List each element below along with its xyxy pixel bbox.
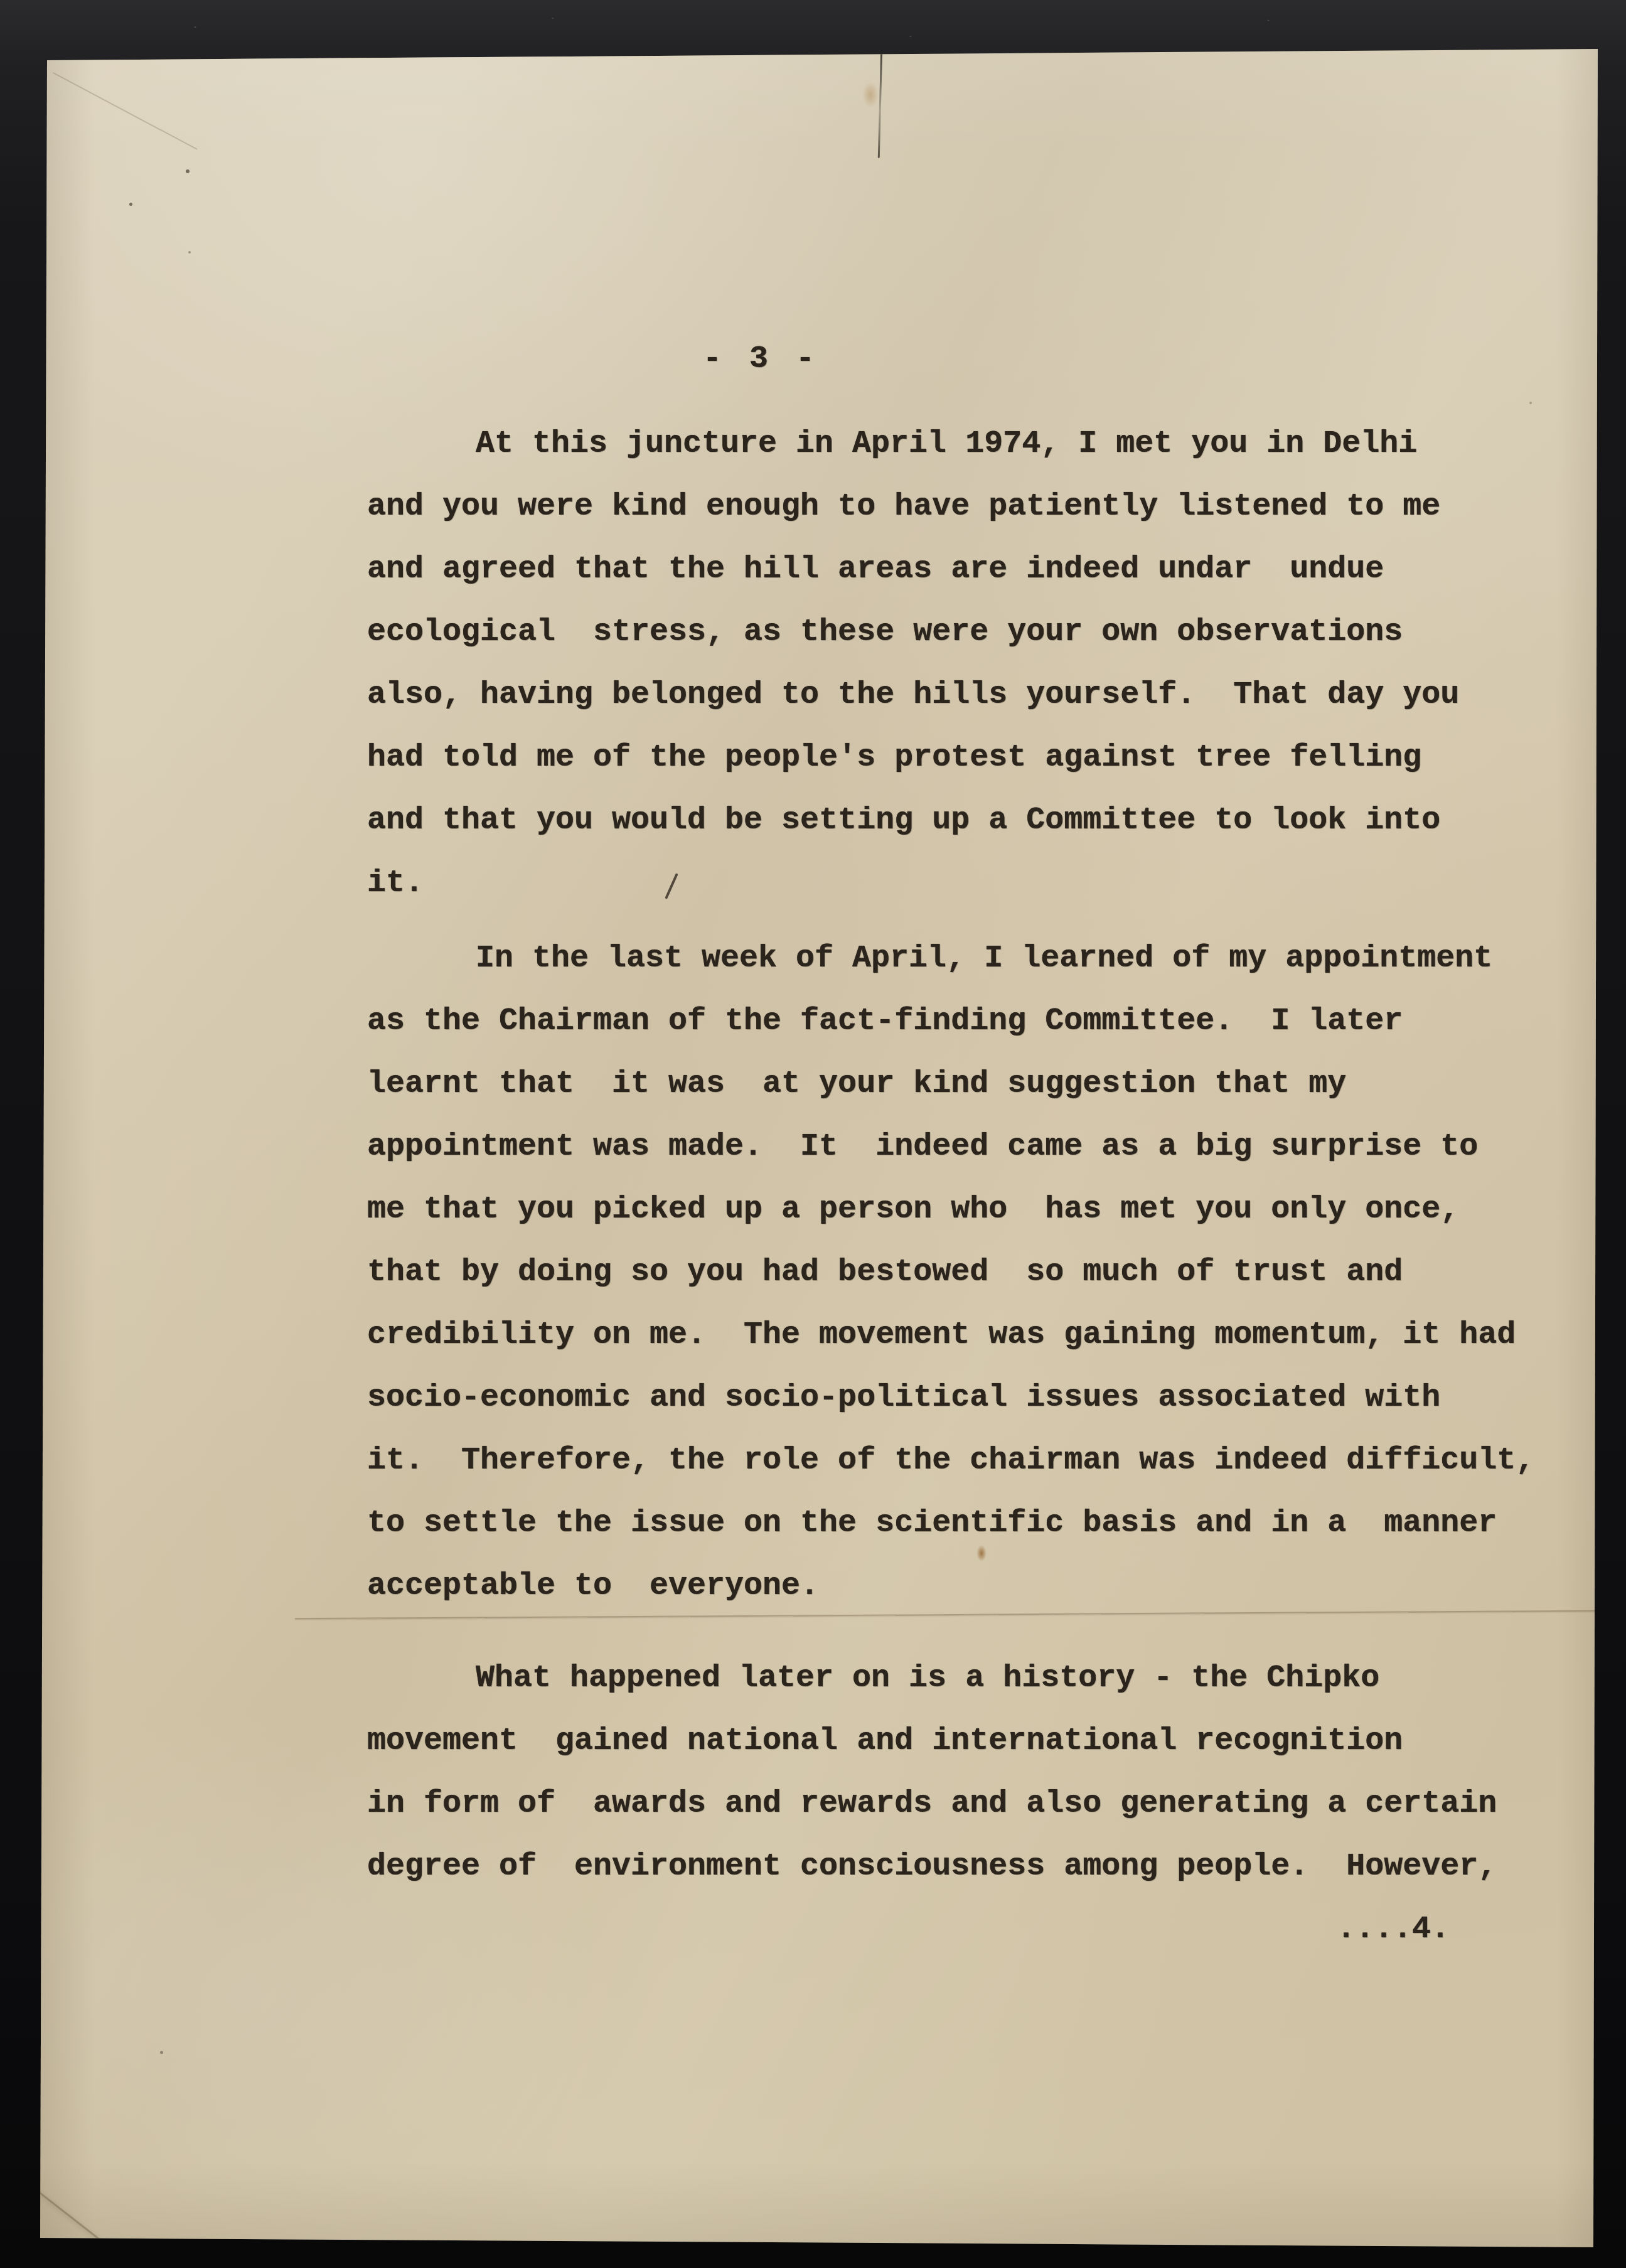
typewritten-line: In the last week of April, I learned of … [367,928,1534,990]
typewritten-line: degree of environment consciousness amon… [367,1836,1497,1898]
paragraph-1: At this juncture in April 1974, I met yo… [367,413,1459,915]
scanned-letter-page: - 3 - At this juncture in April 1974, I … [0,0,1626,2268]
typewritten-line: socio-economic and socio-political issue… [367,1367,1534,1430]
page-number: - 3 - [703,328,819,391]
paragraph-3: What happened later on is a history - th… [367,1647,1497,1898]
typewritten-line: and that you would be setting up a Commi… [367,789,1459,852]
typewritten-line: and agreed that the hill areas are indee… [367,538,1459,601]
typewritten-line: in form of awards and rewards and also g… [367,1773,1497,1836]
ink-speck [188,251,191,254]
continuation-mark: ....4. [1337,1898,1450,1961]
typewritten-line: movement gained national and internation… [367,1710,1497,1773]
typewritten-line: and you were kind enough to have patient… [367,476,1459,538]
typewritten-line: it. [367,852,1459,915]
typewritten-line: that by doing so you had bestowed so muc… [367,1241,1534,1304]
typewritten-line: credibility on me. The movement was gain… [367,1304,1534,1367]
smudge-stain [862,82,879,108]
ink-speck [186,169,190,173]
typewritten-line: to settle the issue on the scientific ba… [367,1492,1534,1555]
typewritten-line: me that you picked up a person who has m… [367,1179,1534,1241]
typewritten-line: ecological stress, as these were your ow… [367,601,1459,664]
rust-stain [976,1545,987,1561]
typewritten-line: it. Therefore, the role of the chairman … [367,1430,1534,1492]
typewritten-line: as the Chairman of the fact-finding Comm… [367,990,1534,1053]
typewritten-line: also, having belonged to the hills yours… [367,664,1459,727]
typewritten-line: acceptable to everyone. [367,1555,1534,1618]
typewritten-line: appointment was made. It indeed came as … [367,1116,1534,1179]
typewritten-line: had told me of the people's protest agai… [367,727,1459,789]
typewritten-line: What happened later on is a history - th… [367,1647,1497,1710]
ink-speck [160,2051,163,2054]
ink-speck [129,203,132,206]
paragraph-2: In the last week of April, I learned of … [367,928,1534,1618]
typewritten-line: learnt that it was at your kind suggesti… [367,1053,1534,1116]
typewritten-line: At this juncture in April 1974, I met yo… [367,413,1459,476]
ink-speck [1529,402,1532,404]
paper-sheet: - 3 - At this juncture in April 1974, I … [0,0,1626,2268]
